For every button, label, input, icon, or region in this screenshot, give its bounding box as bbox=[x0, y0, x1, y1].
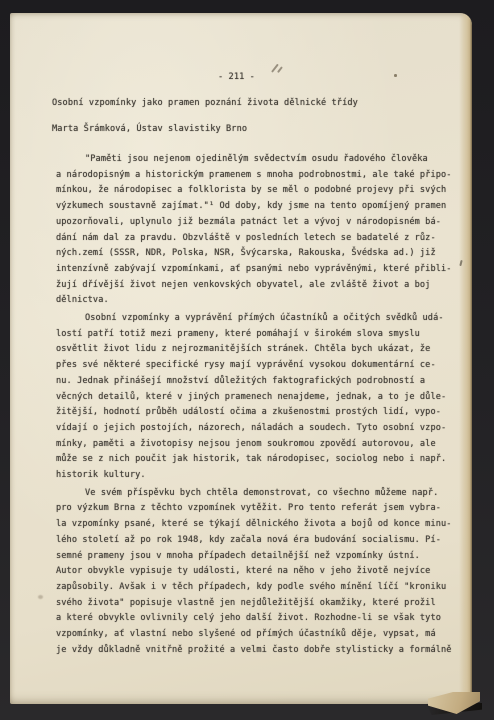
text-line: pro výzkum Brna z těchto vzpomínek vytěž… bbox=[56, 501, 460, 517]
text-line: mínky, paměti a životopisy nejsou jenom … bbox=[56, 437, 460, 453]
paragraph: Ve svém příspěvku bych chtěla demonstrov… bbox=[56, 486, 460, 659]
text-line: Ve svém příspěvku bych chtěla demonstrov… bbox=[56, 486, 460, 502]
text-line: "Paměti jsou nejenom ojedinělým svědectv… bbox=[56, 152, 460, 168]
text-line: Osobní vzpomínky a vyprávění přímých úča… bbox=[56, 311, 460, 327]
ink-speck-artifact bbox=[394, 74, 397, 77]
scanner-background: - 211 - Osobní vzpomínky jako pramen poz… bbox=[0, 0, 494, 720]
text-line: dání nám dal za pravdu. Obzvláště v posl… bbox=[56, 231, 460, 247]
text-line: historik kultury. bbox=[56, 468, 460, 484]
text-line: svého života" popisuje vlastně jen nejdů… bbox=[56, 596, 460, 612]
text-line: zapůsobily. Avšak i v těch případech, kd… bbox=[56, 580, 460, 596]
text-line: osvětlit život lidu z nejrozmanitějších … bbox=[56, 342, 460, 358]
text-line: lého století až po rok 1948, kdy začala … bbox=[56, 533, 460, 549]
text-line: žují dřívější život nejen venkovských ob… bbox=[56, 278, 460, 294]
author-line: Marta Šrámková, Ústav slavistiky Brno bbox=[52, 122, 247, 136]
text-line: je vždy důkladně vnitřně prožité a velmi… bbox=[56, 643, 460, 659]
text-line: semné prameny jsou v mnoha případech det… bbox=[56, 549, 460, 565]
smudge-artifact bbox=[38, 595, 43, 599]
pencil-mark-artifact bbox=[268, 61, 286, 79]
text-line: a národopisným a historickým pramenem s … bbox=[56, 168, 460, 184]
text-line: přes své některé specifické rysy mají vy… bbox=[56, 358, 460, 374]
text-line: dělnictva. bbox=[56, 293, 460, 309]
text-line: la vzpomínky psané, které se týkají děln… bbox=[56, 517, 460, 533]
paragraph: Osobní vzpomínky a vyprávění přímých úča… bbox=[56, 311, 460, 484]
text-line: a které obvykle ovlivnily celý jeho dalš… bbox=[56, 611, 460, 627]
text-line: ných.zemí (SSSR, NDR, Polska, NSR, Švýca… bbox=[56, 246, 460, 262]
page-stack-edge bbox=[459, 13, 472, 704]
text-line: může se z nich poučit jak historik, tak … bbox=[56, 452, 460, 468]
text-line: nu. Jednak přinášejí množství důležitých… bbox=[56, 374, 460, 390]
page-number: - 211 - bbox=[218, 71, 255, 83]
text-line: mínkou, že národopisec a folklorista by … bbox=[56, 183, 460, 199]
paragraph: "Paměti jsou nejenom ojedinělým svědectv… bbox=[56, 152, 460, 309]
text-line: výzkumech soustavně zajímat."¹ Od doby, … bbox=[56, 199, 460, 215]
article-title: Osobní vzpomínky jako pramen poznání živ… bbox=[52, 96, 358, 110]
scanned-page: - 211 - Osobní vzpomínky jako pramen poz… bbox=[10, 13, 472, 704]
text-line: věcných detailů, které v jiných pramenec… bbox=[56, 390, 460, 406]
text-line: intenzívně zabývají vzpomínkami, ať psan… bbox=[56, 262, 460, 278]
text-line: upozorňovali, uplynulo již bezmála patná… bbox=[56, 215, 460, 231]
text-line: žitější, hodnotí průběh událostí očima a… bbox=[56, 405, 460, 421]
document-body: "Paměti jsou nejenom ojedinělým svědectv… bbox=[56, 152, 460, 659]
text-line: lostí patří totiž mezi prameny, které po… bbox=[56, 327, 460, 343]
text-line: Autor obvykle vypisuje ty události, kter… bbox=[56, 564, 460, 580]
text-line: vzpomínky, ať vlastní nebo slyšené od př… bbox=[56, 627, 460, 643]
text-line: vídají o jejich postojích, názorech, nál… bbox=[56, 421, 460, 437]
